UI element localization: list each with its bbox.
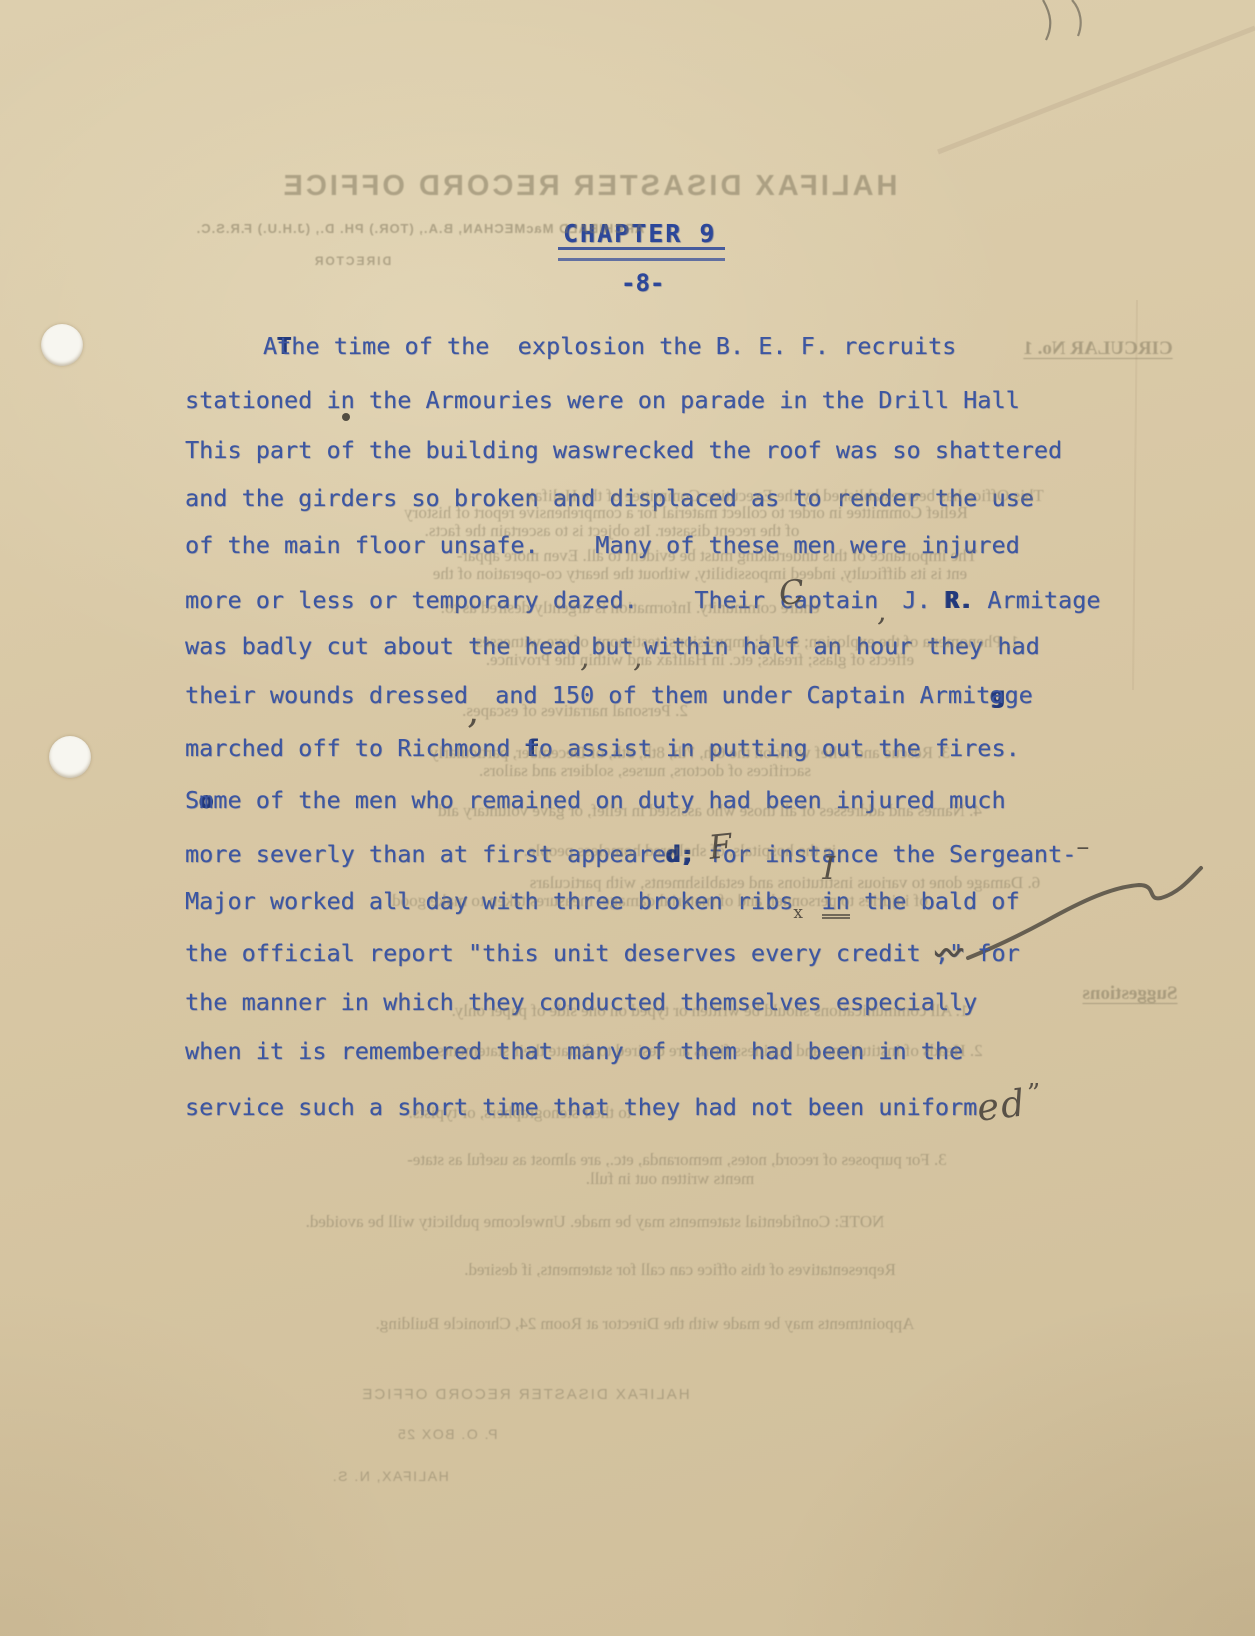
typed-text: the official report "this unit deserves … xyxy=(185,939,935,967)
typed-text: J. xyxy=(888,586,945,614)
overstrike-text: R. xyxy=(945,586,973,614)
bleedthrough-line: 1. All communications should be written … xyxy=(452,1001,969,1021)
typed-text: for xyxy=(963,939,1020,967)
typed-text: This part of the building waswrecked the… xyxy=(185,436,1062,464)
pencil-annotation: – xyxy=(1076,834,1089,860)
bleedthrough-line: in the hospitals, of sheltered homeless … xyxy=(524,841,837,861)
bleedthrough-line: of injuries to personnel, and of materia… xyxy=(392,891,928,911)
bleedthrough-line: HALIFAX DISASTER RECORD OFFICE xyxy=(360,1386,689,1403)
page-number: -8- xyxy=(621,269,664,297)
typed-text: age xyxy=(990,681,1032,709)
bleedthrough-line: ent is its difficulty, indeed impossibil… xyxy=(433,564,967,584)
bleedthrough-line: of the recent disaster. Its object is to… xyxy=(425,521,800,541)
bleedthrough-line: Appointments may be made with the Direct… xyxy=(376,1314,915,1334)
bleedthrough-line: CIRCULAR No. 1 xyxy=(1023,338,1172,360)
typed-line: ATthe time of the explosion the B. E. F.… xyxy=(263,333,956,359)
punch-hole xyxy=(49,736,91,778)
ink-speck xyxy=(342,413,350,421)
typed-text: the time of the explosion the B. E. F. r… xyxy=(277,332,956,360)
bleedthrough-line: Suggestions xyxy=(1082,983,1177,1005)
typed-text: stationed in the Armouries were on parad… xyxy=(185,386,1020,414)
pencil-annotation: ed xyxy=(976,1090,1028,1122)
bleedthrough-line: The importance of this undertaking must … xyxy=(457,546,977,566)
overstrike-text: ," xyxy=(935,939,963,967)
bleedthrough-line: NOTE: Confidential statements may be mad… xyxy=(306,1212,885,1232)
bleedthrough-line: 2. Personal narratives of escapes. xyxy=(462,701,688,721)
typed-line: stationed in the Armouries were on parad… xyxy=(185,387,1020,413)
bleedthrough-line: ARCHIBALD MacMECHAN, B.A., (TOR.) PH. D.… xyxy=(196,221,645,236)
bleedthrough-line: 6. Damage done to various institutions a… xyxy=(530,873,1040,893)
bleedthrough-line: sacrifices of doctors, nurses, soldiers … xyxy=(479,761,811,781)
pencil-annotation: ” xyxy=(1027,1081,1040,1107)
bleedthrough-line: HALIFAX DISASTER RECORD OFFICE xyxy=(281,170,898,203)
document-page: CHAPTER 9 -8- ATthe time of the explosio… xyxy=(0,0,1255,1636)
pencil-annotation: , xyxy=(878,611,888,612)
bleedthrough-line: to their stenographers, or typists. xyxy=(409,1103,632,1123)
bleedthrough-line: effects of glass; freaks; etc. in Halifa… xyxy=(486,650,914,670)
typed-text: S xyxy=(185,786,199,814)
bleedthrough-line: Representatives of this office can call … xyxy=(464,1260,896,1280)
bleedthrough-line: entire community. Information is urgentl… xyxy=(440,598,819,618)
bleedthrough-line: ments written out in full. xyxy=(586,1169,755,1189)
typed-text: A xyxy=(263,332,277,360)
bleedthrough-line: Relief Committee in order to collect mat… xyxy=(404,503,968,523)
bleedthrough-line: HALIFAX, N. S. xyxy=(331,1468,448,1484)
bleedthrough-line: DIRECTOR xyxy=(313,254,391,268)
typed-line: the official report "this unit deserves … xyxy=(185,940,1020,966)
paper-crease xyxy=(938,28,1255,152)
typed-text: Armitage xyxy=(973,586,1100,614)
typed-line: This part of the building waswrecked the… xyxy=(185,437,1062,463)
bleedthrough-line: 3. Rescue and relief work on the 6th, 7t… xyxy=(430,743,950,763)
typed-text: their wounds dressed xyxy=(185,681,468,709)
bleedthrough-line: 4. Names and addresses of all those who … xyxy=(438,801,982,821)
bleedthrough-line: P. O. BOX 25 xyxy=(396,1426,497,1442)
bleedthrough-line: 3. For purposes of record, notes, memora… xyxy=(407,1150,947,1170)
bleedthrough-line: 1. Phenomena of the explosion; sound; im… xyxy=(471,632,1019,652)
bleedthrough-line: 2. Heads of institutions and business fi… xyxy=(437,1041,982,1061)
corner-pencil-stroke xyxy=(1043,0,1050,40)
corner-pencil-stroke xyxy=(1072,0,1081,36)
punch-hole xyxy=(41,324,83,366)
